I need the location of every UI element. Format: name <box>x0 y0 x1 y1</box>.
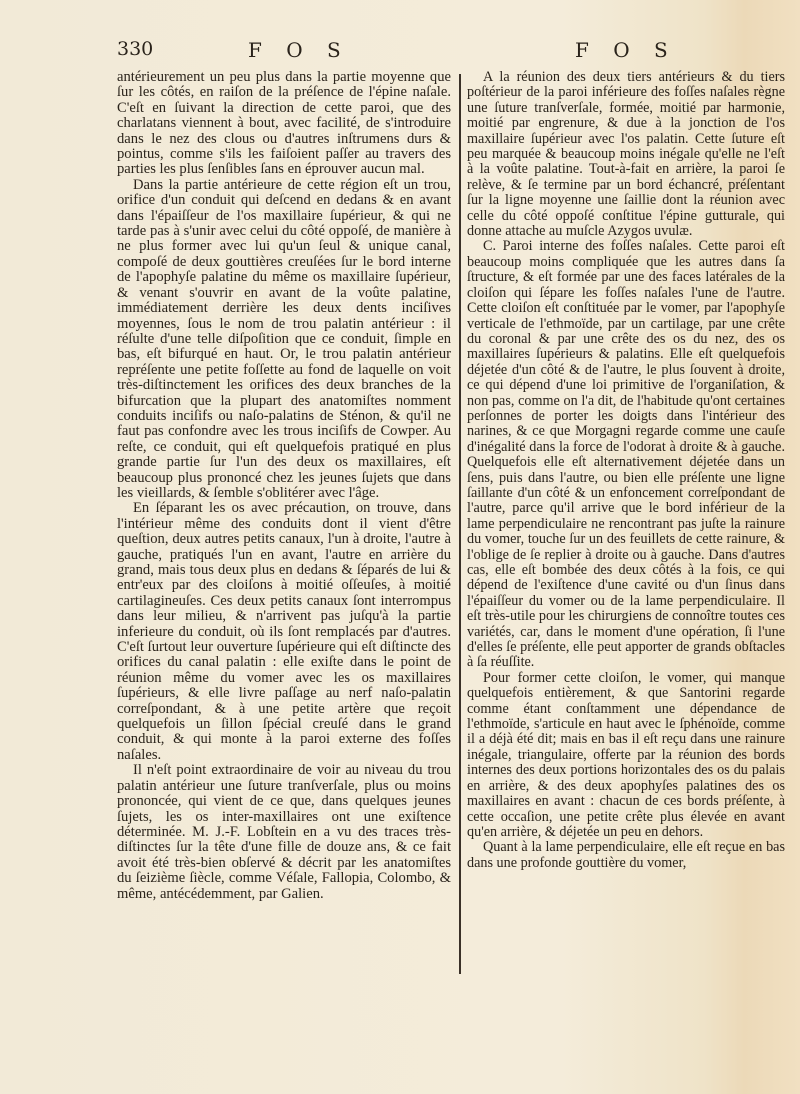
column-divider <box>459 74 461 974</box>
paragraph: Il n'eſt point extraordinaire de voir au… <box>117 763 451 902</box>
paragraph: En ſéparant les os avec précaution, on t… <box>117 501 451 763</box>
left-column: antérieurement un peu plus dans la parti… <box>117 70 451 902</box>
paragraph: A la réunion des deux tiers antérieurs &… <box>467 70 785 239</box>
paragraph: antérieurement un peu plus dans la parti… <box>117 70 451 178</box>
running-head-right: F O S <box>575 38 677 62</box>
page-number: 330 <box>117 38 153 60</box>
paragraph: Dans la partie antérieure de cette régio… <box>117 178 451 502</box>
running-head-left: F O S <box>248 38 350 62</box>
page-header: 330 F O S F O S <box>0 38 800 68</box>
scanned-page: 330 F O S F O S antérieurement un peu pl… <box>0 0 800 1094</box>
paragraph: Pour former cette cloiſon, le vomer, qui… <box>467 671 785 840</box>
right-column: A la réunion des deux tiers antérieurs &… <box>467 70 785 871</box>
paragraph: C. Paroi interne des foſſes naſales. Cet… <box>467 239 785 670</box>
paragraph: Quant à la lame perpendiculaire, elle eſ… <box>467 840 785 871</box>
